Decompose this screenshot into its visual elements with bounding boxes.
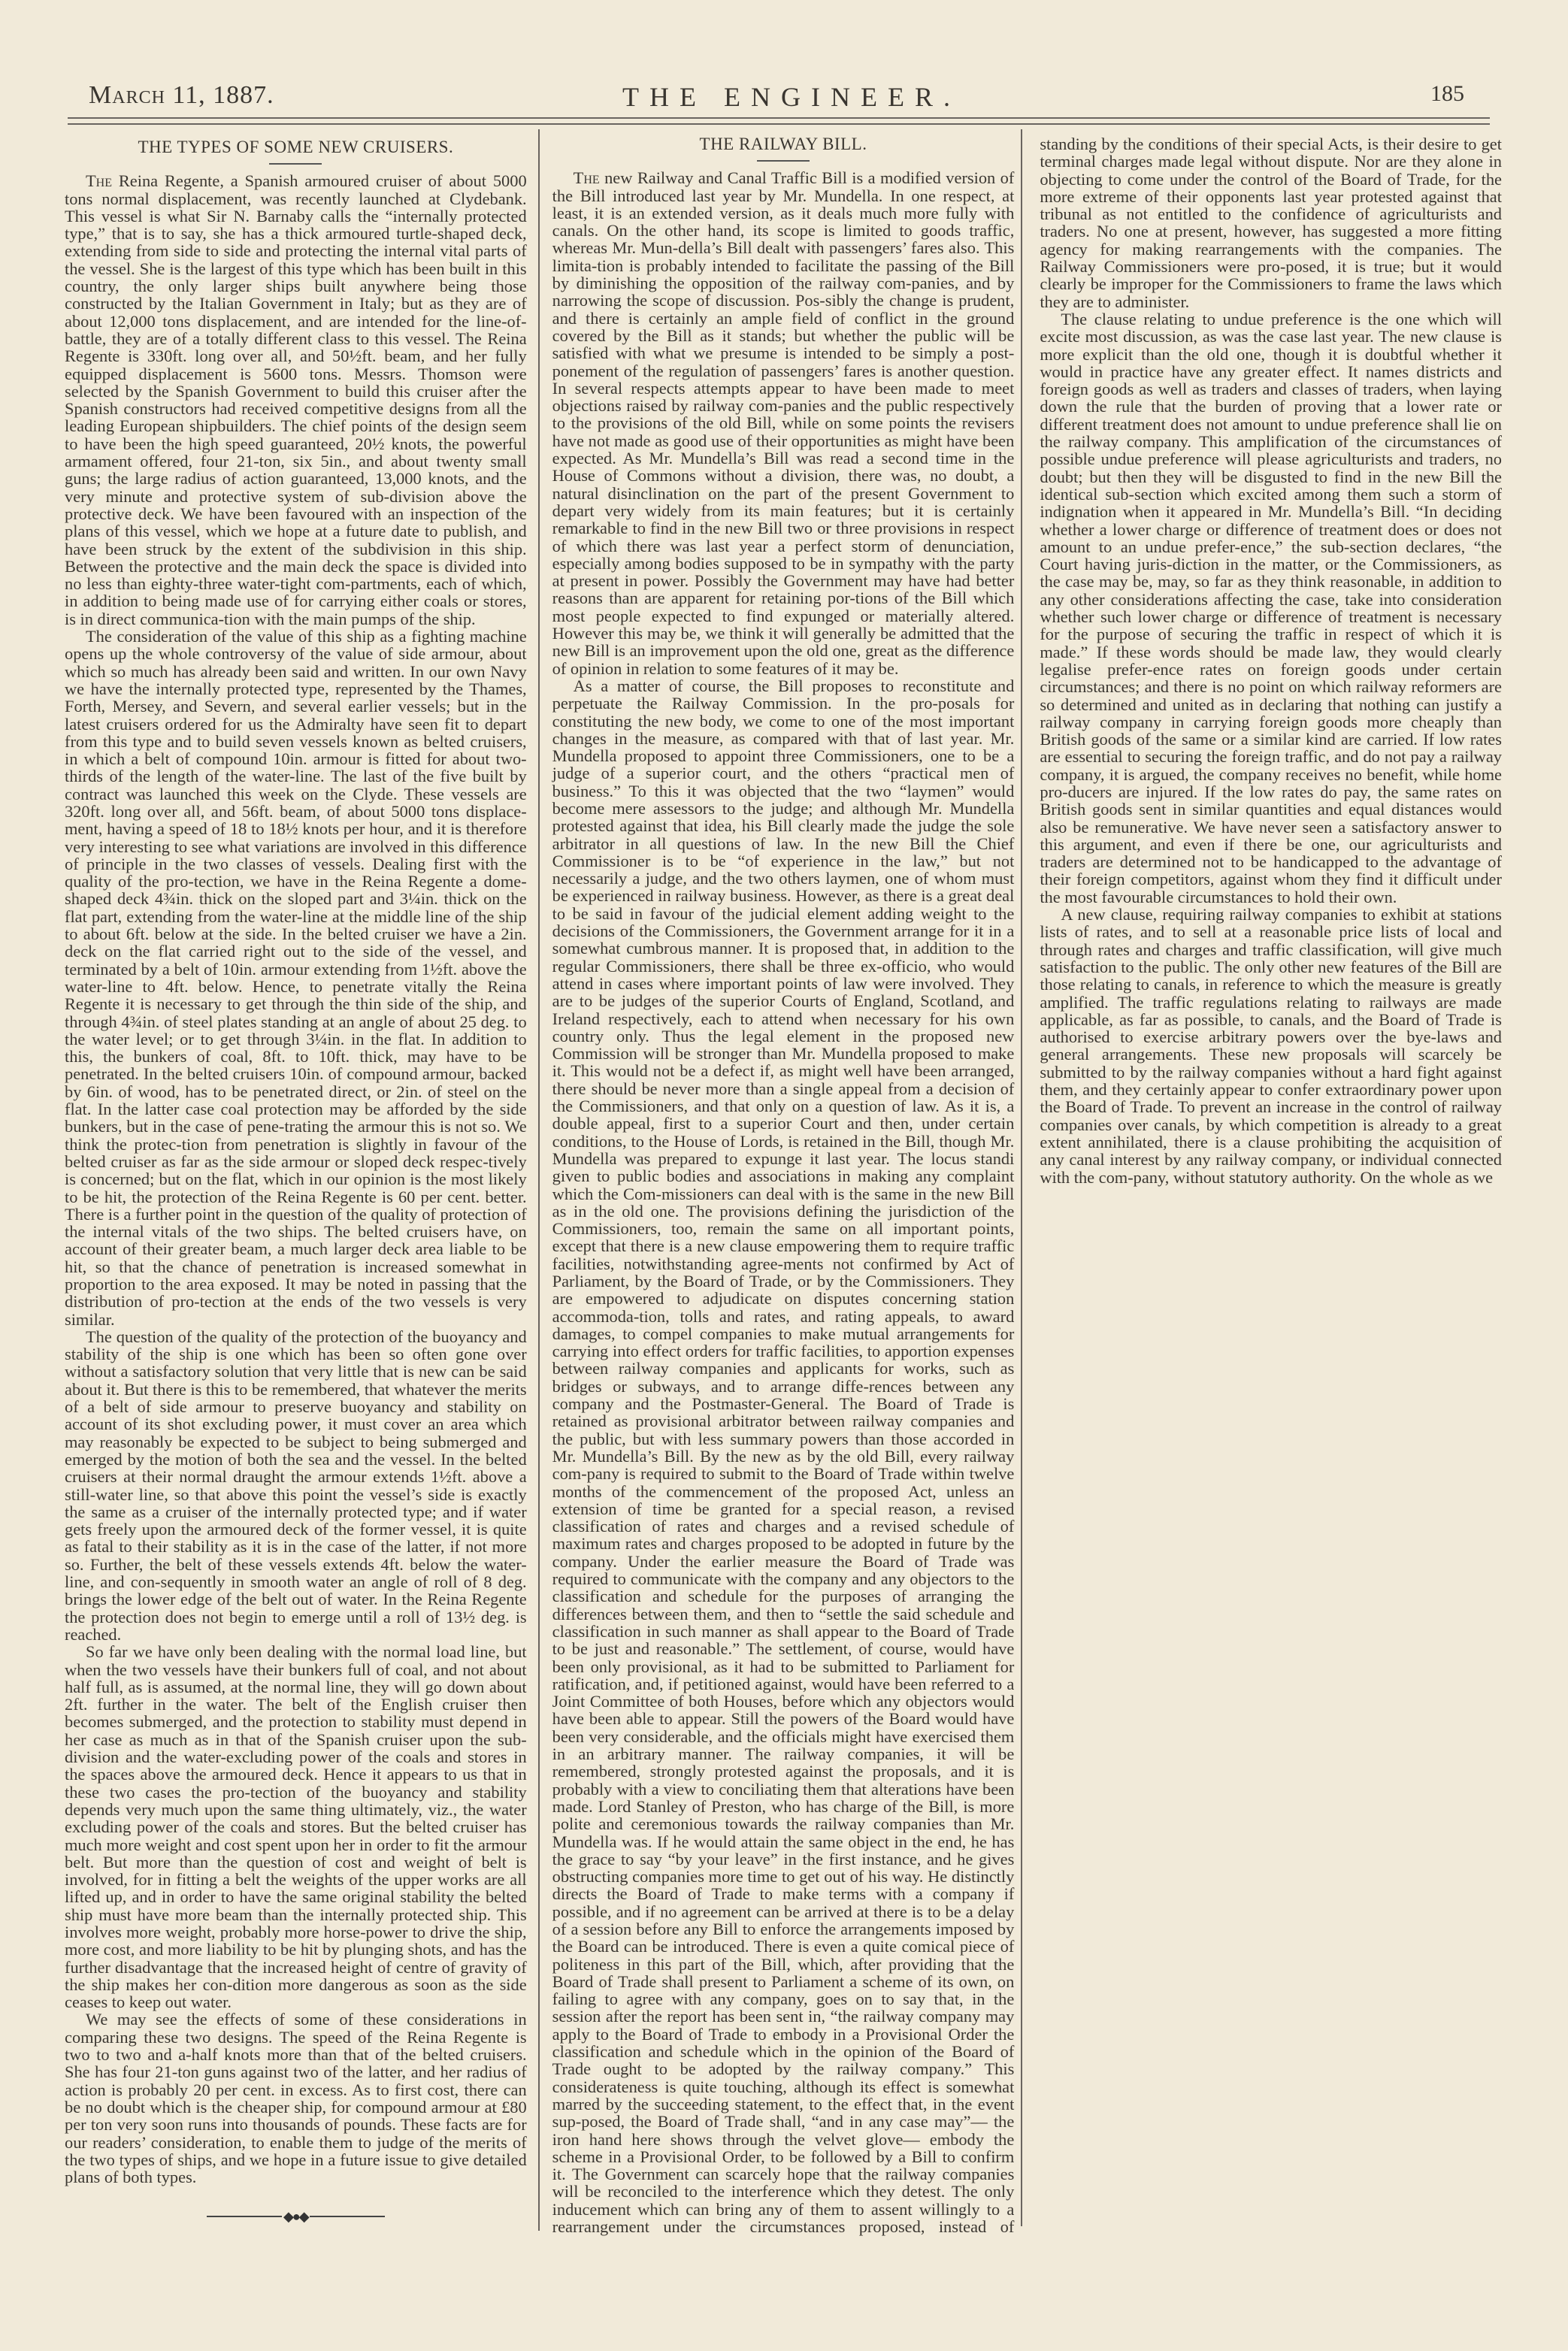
ornament-glyph: ◆●◆ — [282, 2209, 310, 2224]
paragraph: We may see the effects of some of these … — [65, 2011, 527, 2186]
paragraph: The Reina Regente, a Spanish armoured cr… — [65, 172, 527, 628]
article-railway-bill: THE RAILWAY BILL. The new Railway and Ca… — [552, 135, 1502, 2240]
paragraph: So far we have only been dealing with th… — [65, 1643, 527, 2011]
article-title: THE TYPES OF SOME NEW CRUISERS. — [65, 138, 527, 156]
lead-word: The — [574, 168, 600, 187]
header-rule — [68, 123, 1490, 125]
header-rule — [68, 117, 1490, 119]
title-rule — [757, 160, 810, 162]
publication-title: THE ENGINEER. — [89, 81, 1494, 113]
page-header: March 11, 1887. THE ENGINEER. 185 — [89, 78, 1494, 123]
paragraph: The question of the quality of the prote… — [65, 1328, 527, 1643]
paragraph: The new Railway and Canal Traffic Bill i… — [552, 169, 1015, 677]
title-rule — [269, 163, 322, 165]
page-number: 185 — [1430, 81, 1464, 107]
paragraph: A new clause, requiring railway companie… — [1040, 906, 1502, 1186]
paragraph: The clause relating to undue preference … — [1040, 310, 1502, 906]
article-body: THE TYPES OF SOME NEW CRUISERS. The Rein… — [65, 135, 1502, 2240]
lead-word: The — [86, 171, 112, 190]
paragraph: The consideration of the value of this s… — [65, 628, 527, 1328]
article-cruisers: THE TYPES OF SOME NEW CRUISERS. The Rein… — [65, 138, 527, 2186]
article-title: THE RAILWAY BILL. — [552, 135, 1015, 153]
section-ornament: ◆●◆ — [65, 2207, 527, 2225]
